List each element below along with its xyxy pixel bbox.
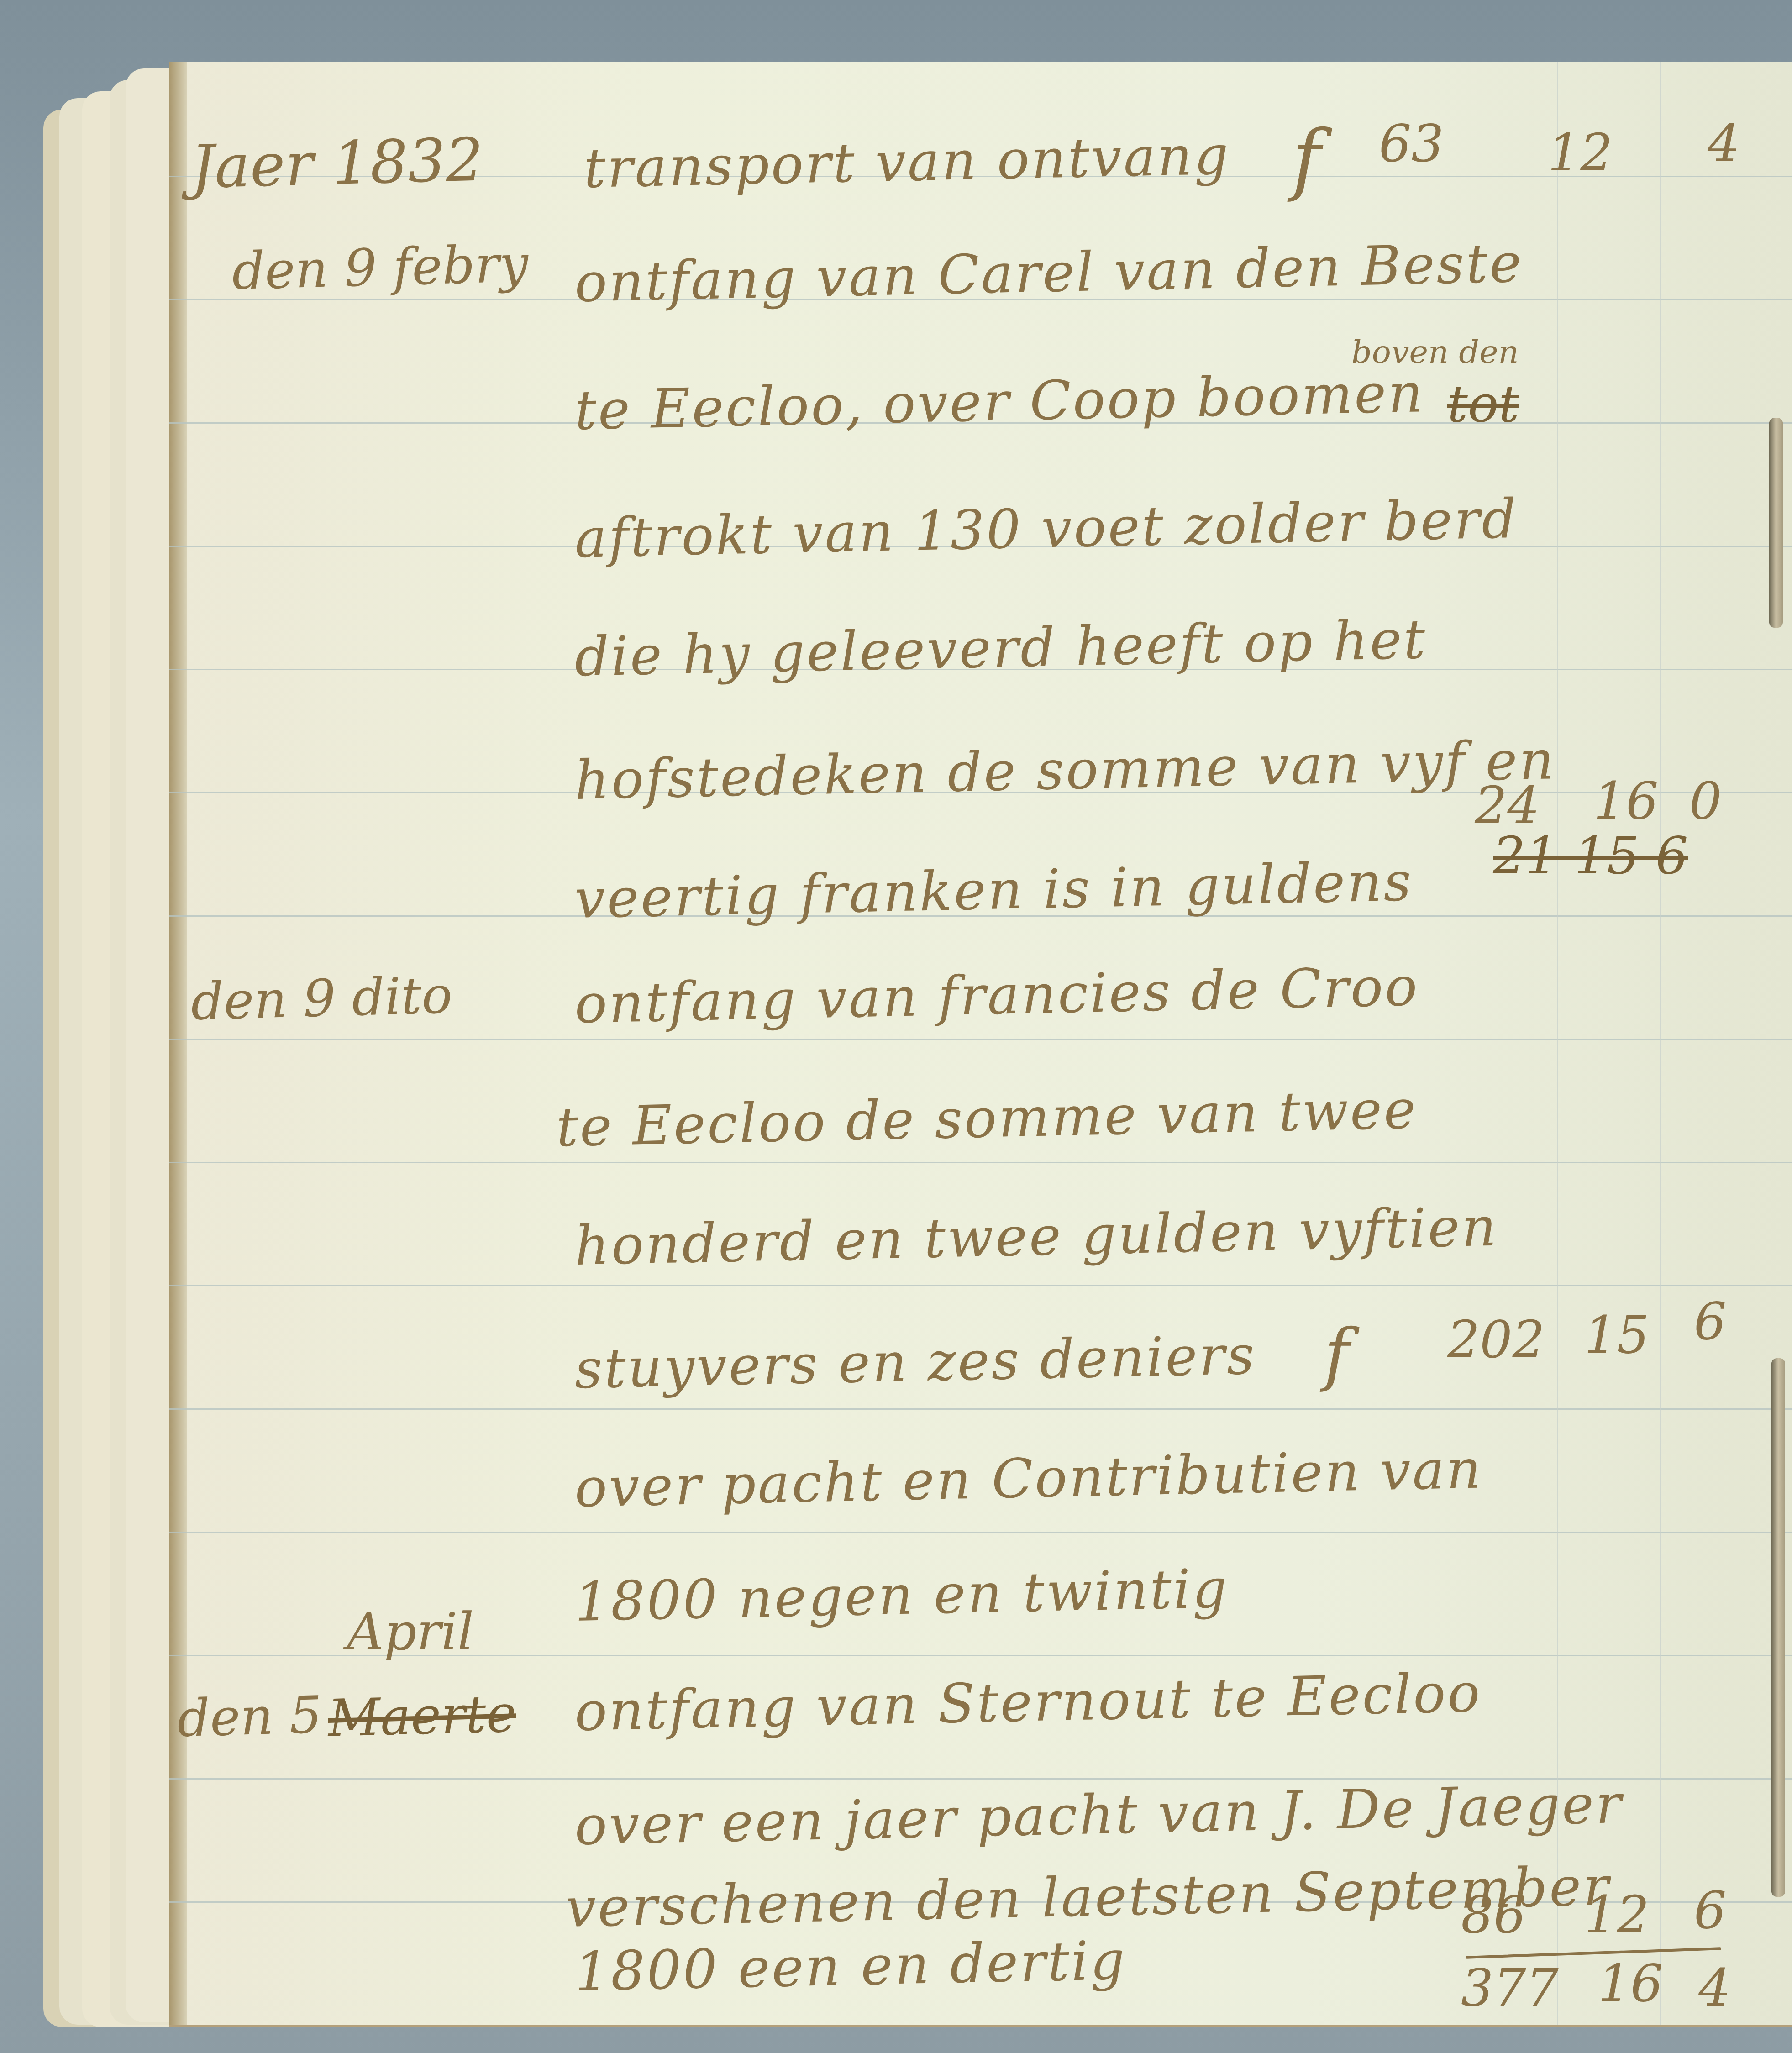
ruled-line <box>169 1162 1792 1163</box>
currency-symbol: f <box>1292 114 1321 205</box>
carried-stuivers: 12 <box>1548 123 1613 183</box>
currency-symbol: f <box>1324 1315 1350 1394</box>
ruled-line <box>169 1285 1792 1286</box>
struck-date-month: Maerte <box>327 1684 517 1748</box>
date-insertion: April <box>347 1602 474 1662</box>
binding-thread <box>1771 1358 1785 1897</box>
ruled-line <box>169 1408 1792 1410</box>
amount-stuivers: 16 <box>1593 772 1659 831</box>
total-stuivers: 16 <box>1598 1954 1663 2013</box>
ruled-line <box>169 1532 1792 1533</box>
entry-date: den 9 dito <box>190 966 453 1032</box>
year-label: Jaer 1832 <box>190 125 484 202</box>
total-deniers: 4 <box>1698 1958 1731 2018</box>
amount-guilders: 86 <box>1461 1885 1526 1945</box>
struck-amount: 21 15 6 <box>1493 826 1688 886</box>
amount-column-rule <box>1557 62 1558 2025</box>
amount-deniers: 6 <box>1694 1881 1726 1940</box>
amount-stuivers: 15 <box>1584 1306 1650 1365</box>
amount-column-rule <box>1660 62 1661 2025</box>
struck-word: tot <box>1447 374 1519 434</box>
carried-deniers: 4 <box>1708 114 1740 173</box>
total-guilders: 377 <box>1461 1958 1559 2018</box>
entry-date-prefix: den 5 <box>177 1685 323 1748</box>
amount-deniers: 6 <box>1694 1292 1726 1351</box>
amount-guilders: 202 <box>1447 1310 1545 1370</box>
amount-stuivers: 12 <box>1584 1885 1650 1945</box>
amount-deniers: 0 <box>1689 772 1722 831</box>
carried-guilders: 63 <box>1379 114 1444 173</box>
binding-thread <box>1769 418 1783 628</box>
entry-date: den 9 febry <box>231 234 529 301</box>
ruled-line <box>169 1039 1792 1040</box>
entry-line: 1800 een en dertig <box>574 1929 1127 2003</box>
